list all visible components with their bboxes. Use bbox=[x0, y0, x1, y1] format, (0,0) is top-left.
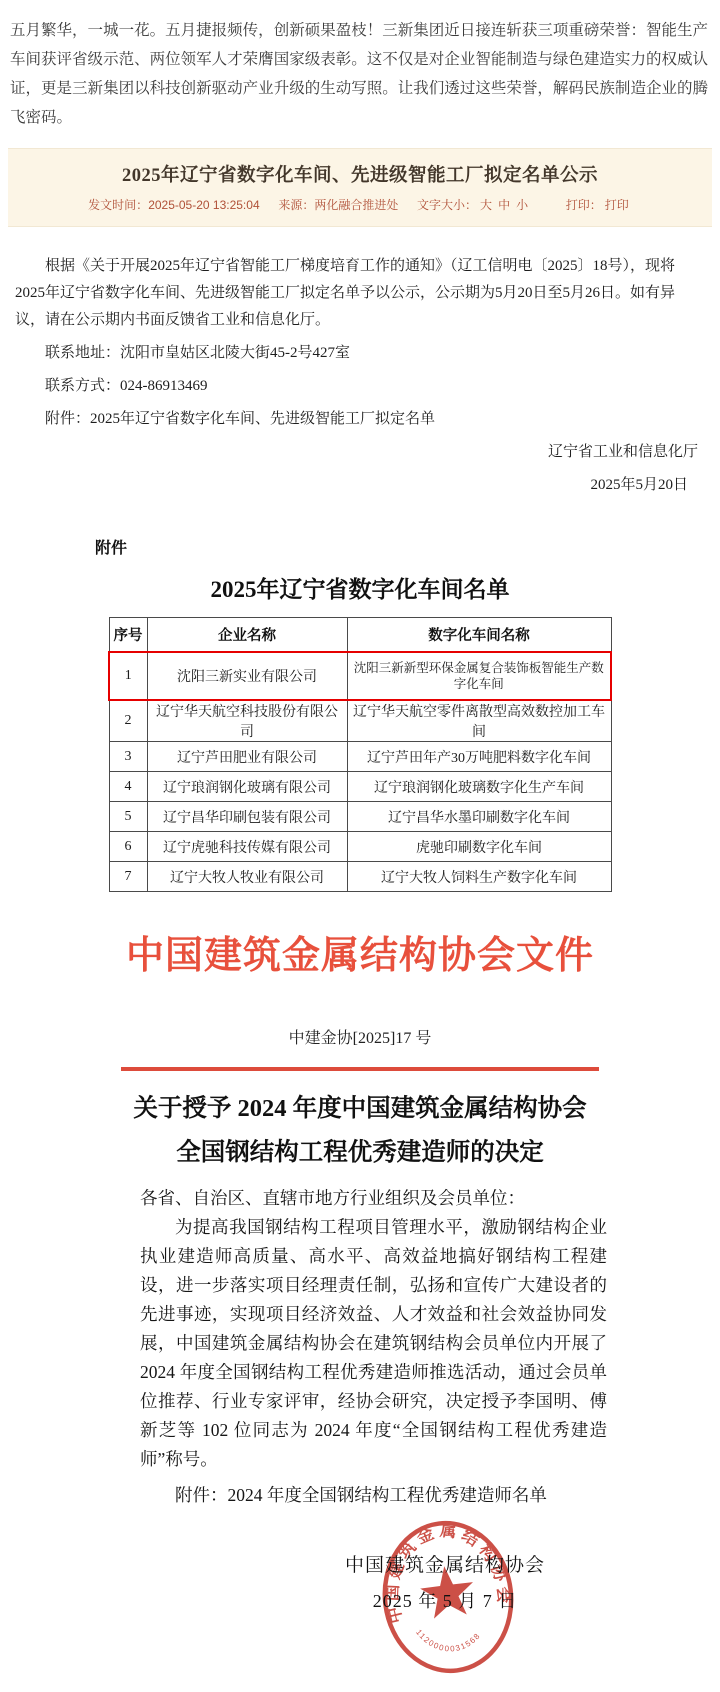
workshop-name: 沈阳三新新型环保金属复合装饰板智能生产数字化车间 bbox=[347, 652, 611, 700]
table-header-row: 序号 企业名称 数字化车间名称 bbox=[109, 618, 611, 653]
signature-text: 中国建筑金属结构协会 2025 年 5 月 7 日 bbox=[280, 1550, 610, 1613]
workshop-name: 辽宁琅润钢化玻璃数字化生产车间 bbox=[347, 772, 611, 802]
decision-title-line2: 全国钢结构工程优秀建造师的决定 bbox=[0, 1131, 720, 1175]
workshop-name: 辽宁大牧人饲料生产数字化车间 bbox=[347, 862, 611, 892]
issuer: 辽宁省工业和信息化厅 bbox=[15, 439, 704, 466]
company-name: 辽宁芦田肥业有限公司 bbox=[147, 742, 347, 772]
announcement-body-paragraph: 根据《关于开展2025年辽宁省智能工厂梯度培育工作的通知》（辽工信明电〔2025… bbox=[15, 253, 704, 334]
sign-date: 2025 年 5 月 7 日 bbox=[280, 1587, 610, 1613]
col-header-workshop: 数字化车间名称 bbox=[347, 618, 611, 653]
signer: 中国建筑金属结构协会 bbox=[280, 1550, 610, 1577]
decision-title: 关于授予 2024 年度中国建筑金属结构协会 全国钢结构工程优秀建造师的决定 bbox=[0, 1087, 720, 1175]
row-no: 2 bbox=[109, 700, 147, 742]
font-size-large[interactable]: 大 bbox=[480, 198, 492, 212]
company-name: 辽宁琅润钢化玻璃有限公司 bbox=[147, 772, 347, 802]
attachment-label: 附件 bbox=[95, 535, 720, 558]
greeting: 各省、自治区、直辖市地方行业组织及会员单位： bbox=[140, 1184, 607, 1213]
source-value: 两化融合推进处 bbox=[314, 198, 398, 212]
contact-phone: 联系方式：024-86913469 bbox=[15, 373, 704, 400]
row-no: 7 bbox=[109, 862, 147, 892]
row-no: 6 bbox=[109, 832, 147, 862]
table-row: 2辽宁华天航空科技股份有限公司辽宁华天航空零件离散型高效数控加工车间 bbox=[109, 700, 611, 742]
association-document: 中国建筑金属结构协会文件 中建金协[2025]17 号 关于授予 2024 年度… bbox=[0, 924, 720, 1692]
announcement-title: 2025年辽宁省数字化车间、先进级智能工厂拟定名单公示 bbox=[8, 161, 712, 187]
table-row: 6辽宁虎驰科技传媒有限公司虎驰印刷数字化车间 bbox=[109, 832, 611, 862]
decision-body: 各省、自治区、直辖市地方行业组织及会员单位： 为提高我国钢结构工程项目管理水平，… bbox=[140, 1184, 607, 1510]
row-no: 1 bbox=[109, 652, 147, 700]
row-no: 4 bbox=[109, 772, 147, 802]
font-size-label: 文字大小： bbox=[417, 198, 477, 212]
print-link[interactable]: 打印 bbox=[605, 198, 629, 212]
signature-block: 中国建筑金属结构协会 1120000031568 中国建筑金属结构协会 2025… bbox=[0, 1512, 720, 1692]
decision-title-line1: 关于授予 2024 年度中国建筑金属结构协会 bbox=[0, 1087, 720, 1131]
table-row: 1沈阳三新实业有限公司沈阳三新新型环保金属复合装饰板智能生产数字化车间 bbox=[109, 652, 611, 700]
svg-text:1120000031568: 1120000031568 bbox=[413, 1620, 484, 1657]
announcement-attachment-line: 附件：2025年辽宁省数字化车间、先进级智能工厂拟定名单 bbox=[15, 406, 704, 433]
print-label: 打印： bbox=[566, 198, 602, 212]
row-no: 5 bbox=[109, 802, 147, 832]
company-name: 辽宁昌华印刷包装有限公司 bbox=[147, 802, 347, 832]
workshop-name: 虎驰印刷数字化车间 bbox=[347, 832, 611, 862]
font-size-medium[interactable]: 中 bbox=[498, 198, 510, 212]
workshop-name: 辽宁昌华水墨印刷数字化车间 bbox=[347, 802, 611, 832]
workshop-table: 序号 企业名称 数字化车间名称 1沈阳三新实业有限公司沈阳三新新型环保金属复合装… bbox=[108, 617, 612, 892]
table-row: 7辽宁大牧人牧业有限公司辽宁大牧人饲料生产数字化车间 bbox=[109, 862, 611, 892]
contact-address: 联系地址：沈阳市皇姑区北陵大街45-2号427室 bbox=[15, 340, 704, 367]
table-row: 3辽宁芦田肥业有限公司辽宁芦田年产30万吨肥料数字化车间 bbox=[109, 742, 611, 772]
doc-number: 中建金协[2025]17 号 bbox=[0, 1025, 720, 1048]
announcement-body: 根据《关于开展2025年辽宁省智能工厂梯度培育工作的通知》（辽工信明电〔2025… bbox=[15, 253, 704, 499]
workshop-name: 辽宁华天航空零件离散型高效数控加工车间 bbox=[347, 700, 611, 742]
table-row: 4辽宁琅润钢化玻璃有限公司辽宁琅润钢化玻璃数字化生产车间 bbox=[109, 772, 611, 802]
source-label: 来源： bbox=[278, 198, 314, 212]
announcement-meta: 发文时间：2025-05-20 13:25:04 来源：两化融合推进处 文字大小… bbox=[8, 196, 712, 213]
intro-paragraph: 五月繁华，一城一花。五月捷报频传，创新硕果盈枝！三新集团近日接连斩获三项重磅荣誉… bbox=[0, 0, 720, 132]
col-header-company: 企业名称 bbox=[147, 618, 347, 653]
attachment-table-title: 2025年辽宁省数字化车间名单 bbox=[0, 571, 720, 604]
red-divider bbox=[121, 1067, 599, 1071]
issue-date: 2025年5月20日 bbox=[15, 472, 704, 499]
workshop-name: 辽宁芦田年产30万吨肥料数字化车间 bbox=[347, 742, 611, 772]
company-name: 辽宁华天航空科技股份有限公司 bbox=[147, 700, 347, 742]
announcement-header: 2025年辽宁省数字化车间、先进级智能工厂拟定名单公示 发文时间：2025-05… bbox=[8, 148, 712, 227]
table-row: 5辽宁昌华印刷包装有限公司辽宁昌华水墨印刷数字化车间 bbox=[109, 802, 611, 832]
col-header-no: 序号 bbox=[109, 618, 147, 653]
publish-time-value: 2025-05-20 13:25:04 bbox=[148, 198, 259, 212]
decision-attachment-line: 附件：2024 年度全国钢结构工程优秀建造师名单 bbox=[140, 1481, 607, 1510]
company-name: 辽宁大牧人牧业有限公司 bbox=[147, 862, 347, 892]
publish-time-label: 发文时间： bbox=[88, 198, 148, 212]
decision-main-paragraph: 为提高我国钢结构工程项目管理水平，激励钢结构企业执业建造师高质量、高水平、高效益… bbox=[140, 1213, 607, 1474]
row-no: 3 bbox=[109, 742, 147, 772]
seal-number: 1120000031568 bbox=[413, 1620, 484, 1657]
attachment-section: 附件 2025年辽宁省数字化车间名单 序号 企业名称 数字化车间名称 1沈阳三新… bbox=[0, 535, 720, 892]
association-letterhead: 中国建筑金属结构协会文件 bbox=[0, 924, 720, 979]
font-size-small[interactable]: 小 bbox=[516, 198, 528, 212]
company-name: 沈阳三新实业有限公司 bbox=[147, 652, 347, 700]
company-name: 辽宁虎驰科技传媒有限公司 bbox=[147, 832, 347, 862]
